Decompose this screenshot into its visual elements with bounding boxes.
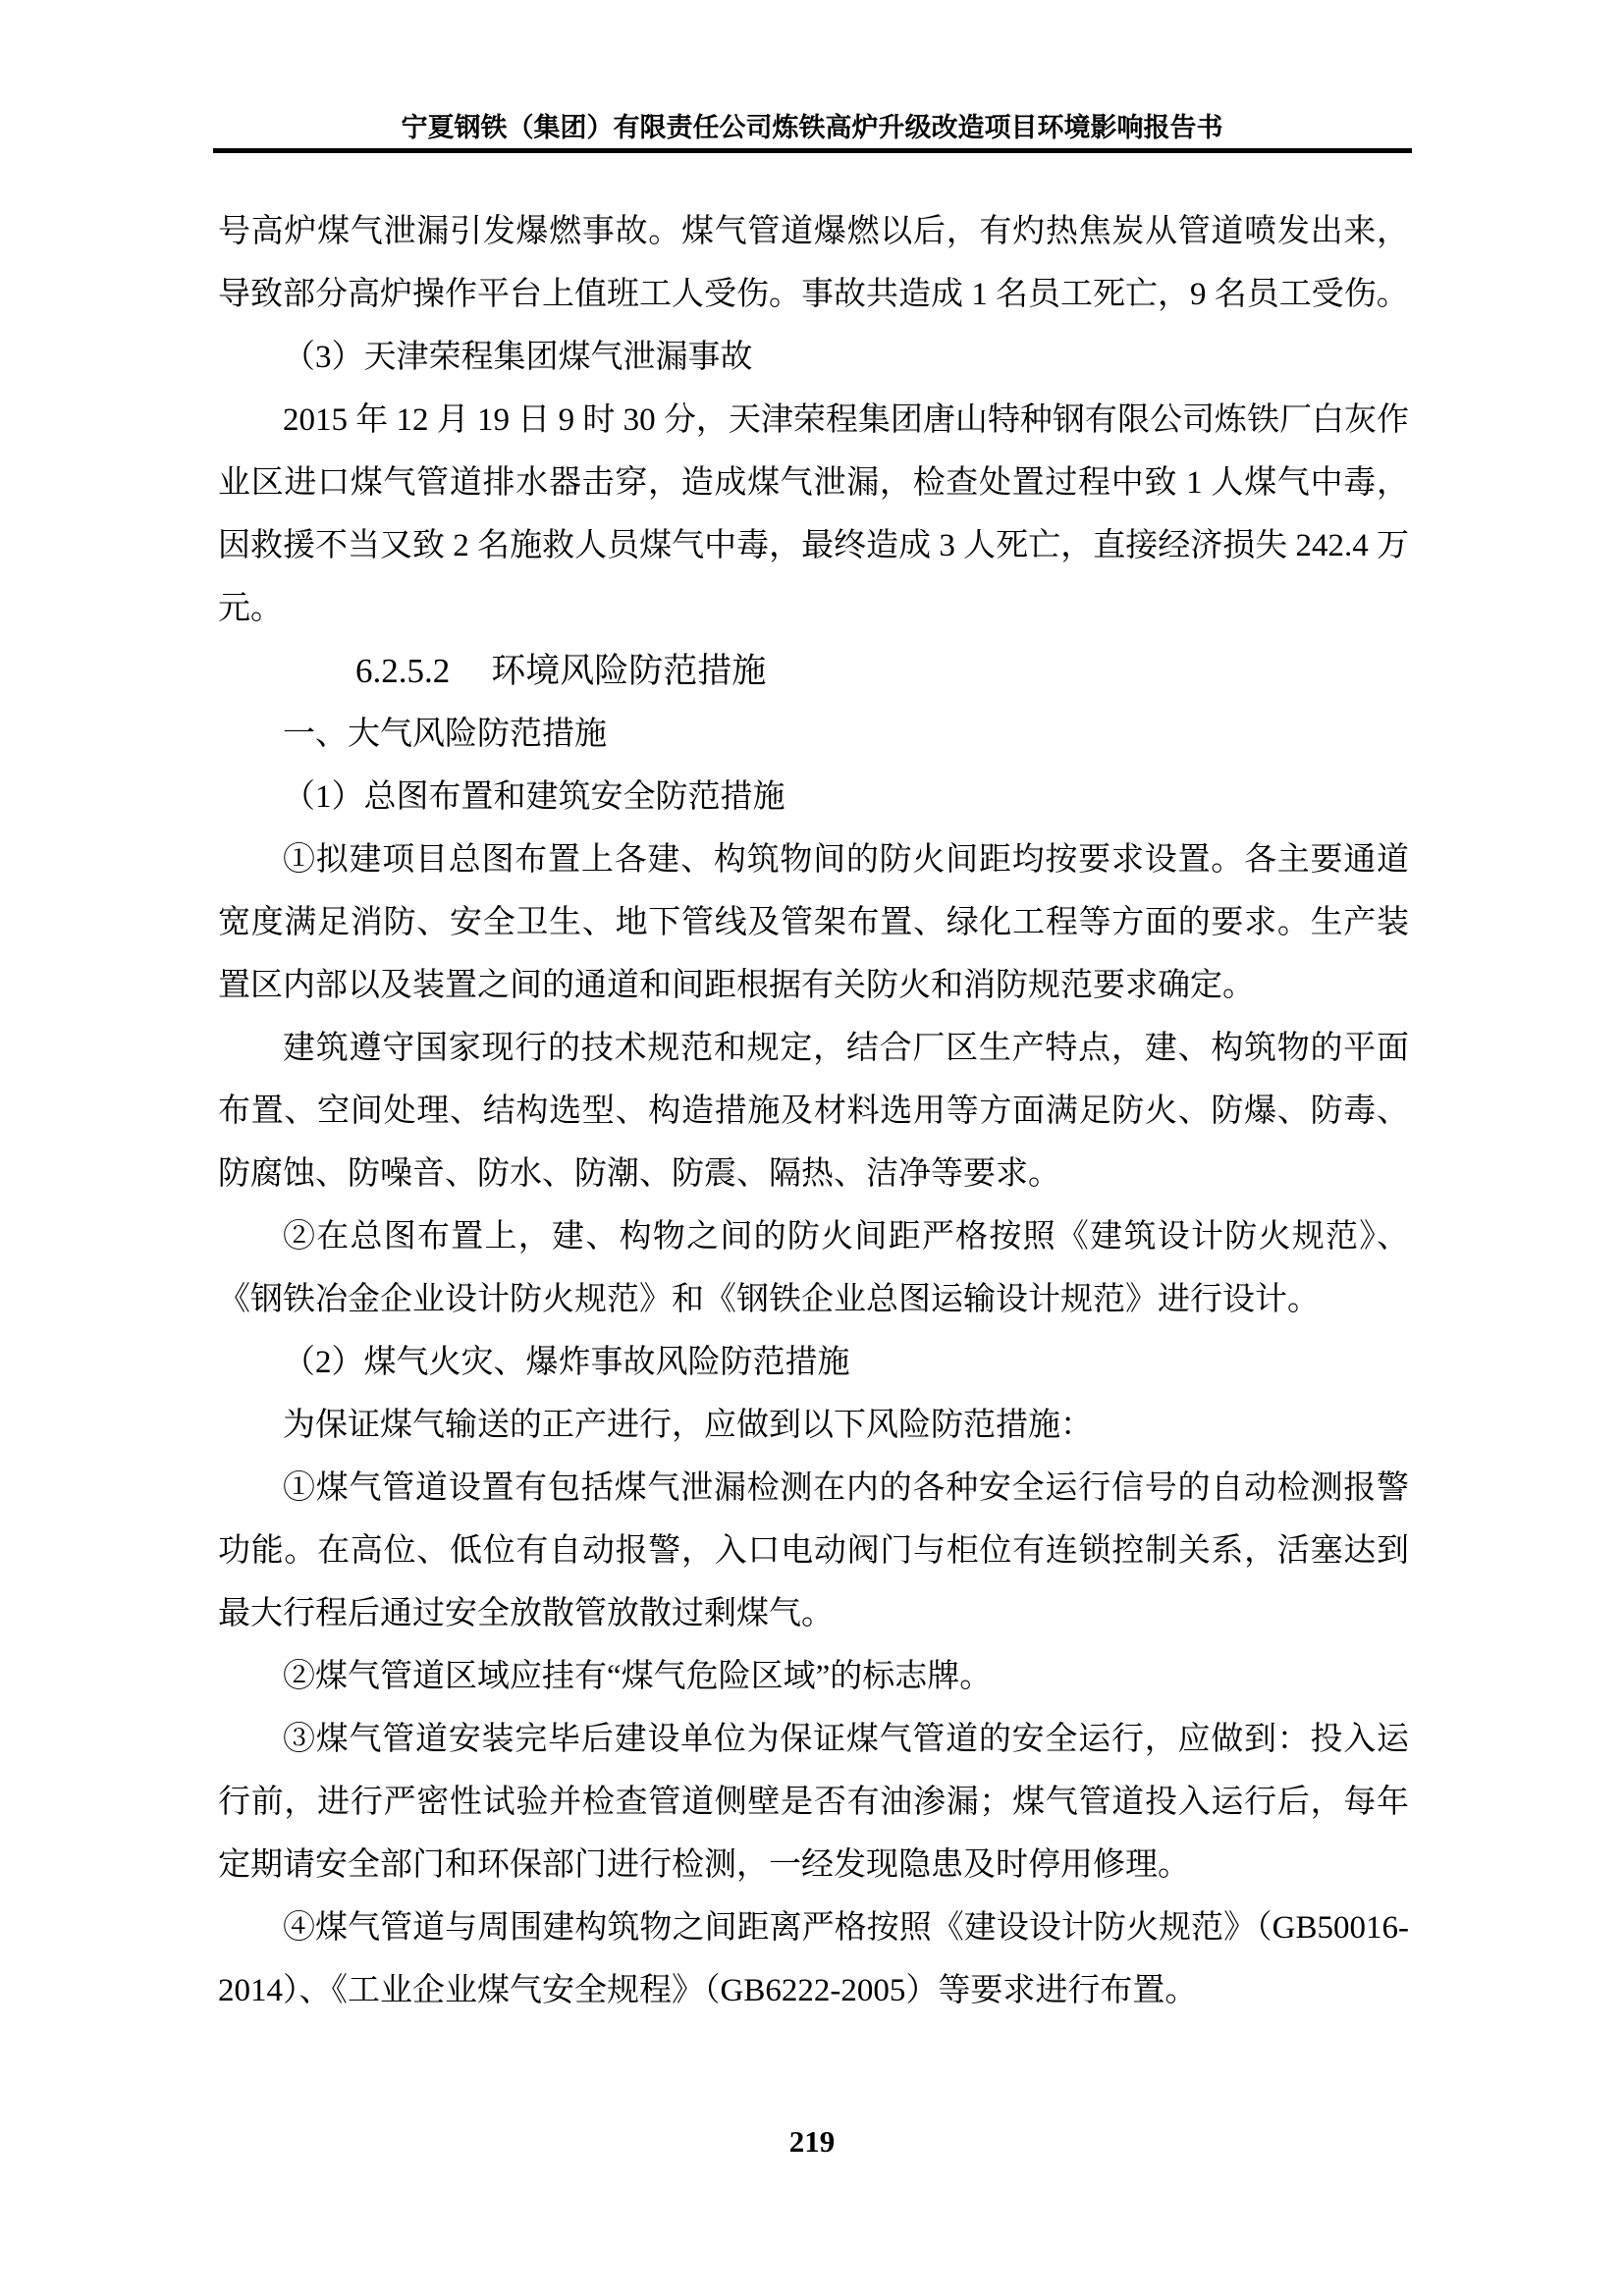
paragraph-layout-safety-subheading: （1）总图布置和建筑安全防范措施 bbox=[218, 766, 1409, 828]
document-page: 宁夏钢铁（集团）有限责任公司炼铁高炉升级改造项目环境影响报告书 号高炉煤气泄漏引… bbox=[0, 0, 1624, 2296]
running-header-title: 宁夏钢铁（集团）有限责任公司炼铁高炉升级改造项目环境影响报告书 bbox=[0, 110, 1624, 145]
paragraph-gas-pipeline-alarm: ①煤气管道设置有包括煤气泄漏检测在内的各种安全运行信号的自动检测报警功能。在高位… bbox=[218, 1457, 1409, 1645]
paragraph-fire-distance-measures: ①拟建项目总图布置上各建、构筑物间的防火间距均按要求设置。各主要通道宽度满足消防… bbox=[218, 828, 1409, 1017]
section-heading-number: 6.2.5.2 bbox=[287, 640, 450, 703]
page-number: 219 bbox=[0, 2122, 1624, 2162]
paragraph-fire-code-design: ②在总图布置上，建、构物之间的防火间距严格按照《建筑设计防火规范》、《钢铁冶金企… bbox=[218, 1205, 1409, 1331]
paragraph-gas-fire-subheading: （2）煤气火灾、爆炸事故风险防范措施 bbox=[218, 1331, 1409, 1394]
paragraph-pipeline-distance-codes: ④煤气管道与周围建构筑物之间距离严格按照《建设设计防火规范》（GB50016-2… bbox=[218, 1896, 1409, 2022]
paragraph-tianjin-accident-heading: （3）天津荣程集团煤气泄漏事故 bbox=[218, 326, 1409, 389]
document-body: 号高炉煤气泄漏引发爆燃事故。煤气管道爆燃以后，有灼热焦炭从管道喷发出来，导致部分… bbox=[218, 200, 1409, 2022]
paragraph-tianjin-accident-detail: 2015 年 12 月 19 日 9 时 30 分，天津荣程集团唐山特种钢有限公… bbox=[218, 389, 1409, 640]
header-rule bbox=[213, 148, 1412, 153]
paragraph-pipeline-inspection: ③煤气管道安装完毕后建设单位为保证煤气管道的安全运行，应做到：投入运行前，进行严… bbox=[218, 1708, 1409, 1896]
section-heading: 6.2.5.2环境风险防范措施 bbox=[218, 640, 1409, 703]
paragraph-gas-transport-intro: 为保证煤气输送的正产进行，应做到以下风险防范措施： bbox=[218, 1394, 1409, 1457]
paragraph-accident-continuation: 号高炉煤气泄漏引发爆燃事故。煤气管道爆燃以后，有灼热焦炭从管道喷发出来，导致部分… bbox=[218, 200, 1409, 326]
section-heading-title: 环境风险防范措施 bbox=[491, 652, 766, 690]
paragraph-air-risk-subheading: 一、大气风险防范措施 bbox=[218, 703, 1409, 766]
paragraph-building-code-measures: 建筑遵守国家现行的技术规范和规定，结合厂区生产特点，建、构筑物的平面布置、空间处… bbox=[218, 1017, 1409, 1205]
paragraph-gas-danger-sign: ②煤气管道区域应挂有“煤气危险区域”的标志牌。 bbox=[218, 1645, 1409, 1708]
